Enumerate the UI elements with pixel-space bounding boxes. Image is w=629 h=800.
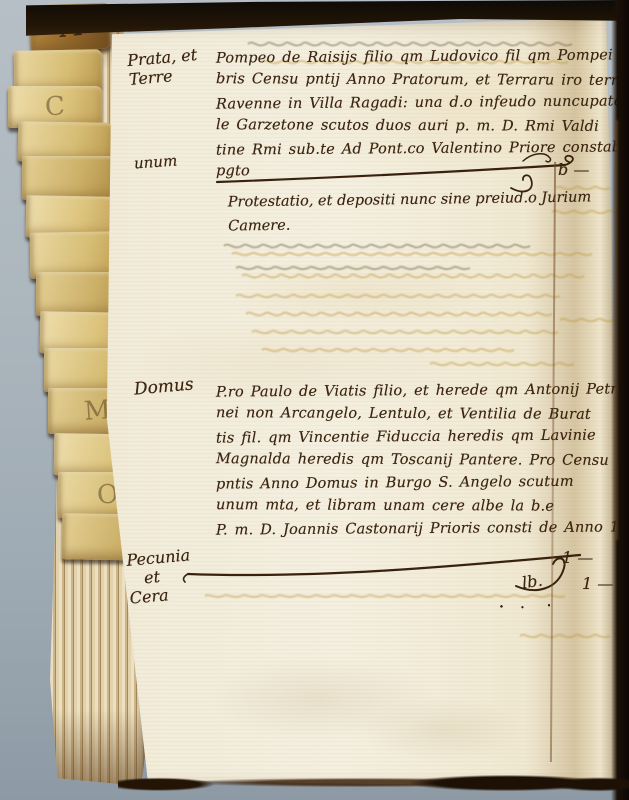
entry-line: le Garzetone scutos duos auri p. m. D. R… xyxy=(216,114,616,139)
book-bottom-edge xyxy=(118,770,629,796)
book-gutter-shadow xyxy=(611,0,629,800)
entry-line: nei non Arcangelo, Lentulo, et Ventilia … xyxy=(216,402,616,427)
amount-entry-1: b — xyxy=(558,160,589,179)
entry-line: Pompeo de Raisijs filio qm Ludovico fil … xyxy=(216,44,616,70)
margin-note-unum: unum xyxy=(133,152,177,173)
entry-line: tis fil. qm Vincentie Fiduccia heredis q… xyxy=(216,424,616,450)
note-line: Protestatio, et depositi nunc sine preiu… xyxy=(228,185,592,214)
manuscript-photo: ACMO Prata, et Terre unum Pompeo de Rais… xyxy=(0,0,629,800)
entry-line: bris Censu pntij Anno Pratorum, et Terra… xyxy=(216,68,616,93)
protest-note: Protestatio, et depositi nunc sine preiu… xyxy=(228,185,592,238)
entry-line: Ravenne in Villa Ragadi: una d.o infeudo… xyxy=(216,90,616,116)
entry-line: P. m. D. Joannis Castonarij Prioris cons… xyxy=(216,516,616,542)
entry-line: Magnalda heredis qm Toscanij Pantere. Pr… xyxy=(216,448,616,473)
amount-entry-2-unit: lb. xyxy=(521,571,544,593)
amount-entry-2-row-1: 1 — xyxy=(562,548,593,567)
entry-2-text: P.ro Paulo de Viatis filio, et herede qm… xyxy=(216,380,616,541)
entry-line: P.ro Paulo de Viatis filio, et herede qm… xyxy=(216,378,616,404)
ink-rule-2 xyxy=(180,542,625,602)
entry-line: pntis Anno Domus in Burgo S. Angelo scut… xyxy=(216,470,616,496)
amount-entry-2-row-2: 1 — xyxy=(582,574,613,593)
ink-dots xyxy=(498,602,556,610)
entry-line: unum mta, et libram unam cere albe la b.… xyxy=(216,494,616,519)
margin-label-prata-et-terre: Prata, et Terre xyxy=(126,45,199,89)
note-line: Camere. xyxy=(228,209,592,238)
